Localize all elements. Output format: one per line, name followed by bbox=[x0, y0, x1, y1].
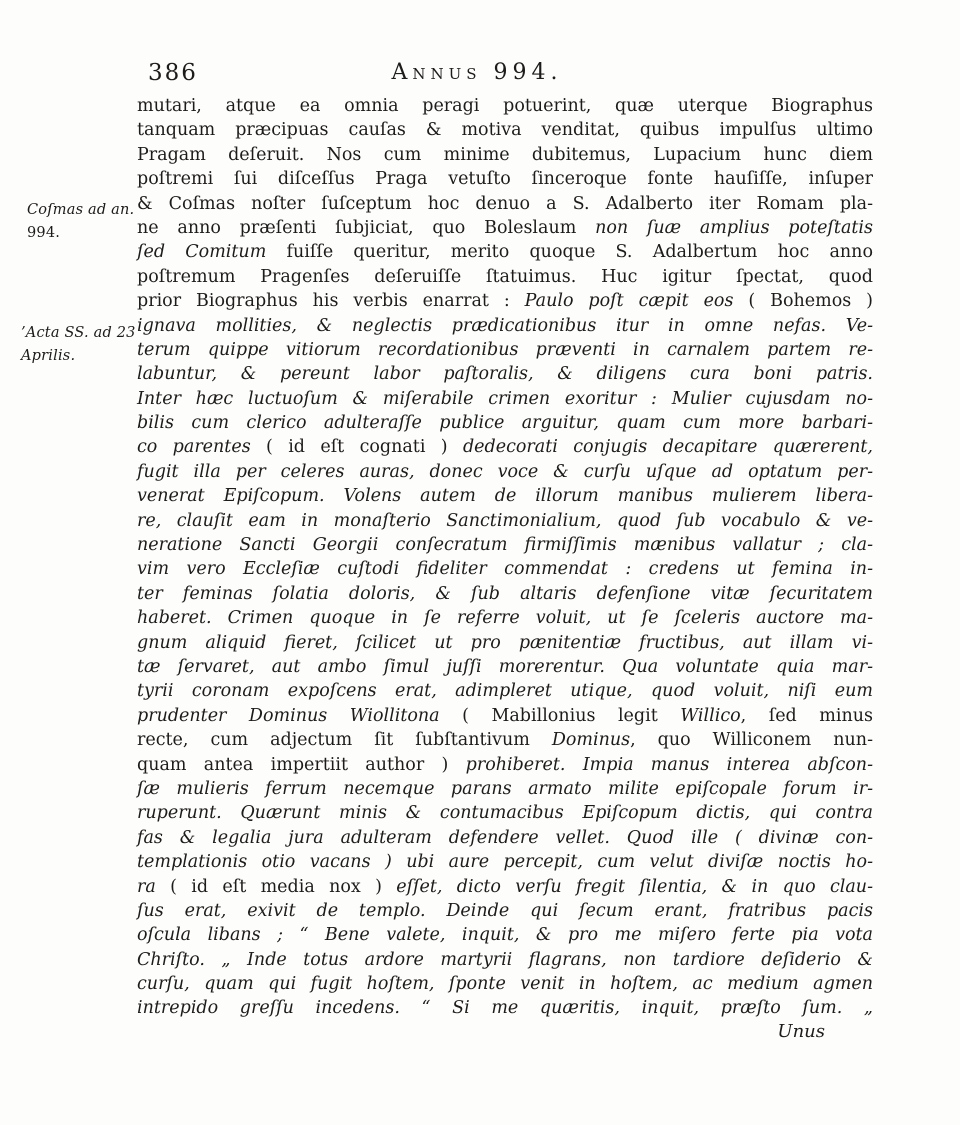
text-segment: fuiſſe queritur, merito quoque S. Adalbe… bbox=[287, 242, 873, 262]
text-line: re, clauſit eam in monaſterio Sanctimoni… bbox=[137, 509, 873, 533]
text-segment: ſæ mulieris ferrum necemque parans armat… bbox=[137, 779, 873, 799]
text-line: ter feminas ſolatia doloris, & ſub altar… bbox=[137, 582, 873, 606]
text-line: ne anno præſenti ſubjiciat, quo Boleslau… bbox=[137, 216, 873, 240]
text-line: venerat Epiſcopum. Volens autem de illor… bbox=[137, 484, 873, 508]
margin-note-line: ’Acta SS. ad 23 bbox=[21, 322, 139, 345]
text-line: co parentes ( id eſt cognati ) dedecorat… bbox=[137, 435, 873, 459]
text-line: curſu, quam qui fugit hoſtem, ſponte ven… bbox=[137, 972, 873, 996]
text-segment: Chriſto. „ Inde totus ardore martyrii fl… bbox=[137, 950, 873, 970]
text-segment: eſſet, dicto verſu fregit ſilentia, & in… bbox=[396, 877, 873, 897]
text-segment: Paulo poſt cæpit eos bbox=[525, 291, 749, 311]
text-segment: fas & legalia jura adulteram defendere v… bbox=[137, 828, 873, 848]
text-line: haberet. Crimen quoque in ſe referre vol… bbox=[137, 606, 873, 630]
text-segment: prohiberet. Impia manus interea abſcon- bbox=[466, 755, 873, 775]
text-segment: neratione Sancti Georgii conſecratum fir… bbox=[137, 535, 873, 555]
text-line: tanquam præcipuas cauſas & motiva vendit… bbox=[137, 118, 873, 142]
text-line: Pragam deſeruit. Nos cum minime dubitemu… bbox=[137, 143, 873, 167]
running-header: Annus 994. bbox=[137, 60, 817, 85]
text-segment: quam antea impertiit author ) bbox=[137, 755, 466, 775]
margin-note-line: Aprilis. bbox=[21, 345, 139, 368]
text-segment: ( Mabillonius legit bbox=[462, 706, 680, 726]
text-line: tæ ſervaret, aut ambo ſimul juſſi morere… bbox=[137, 655, 873, 679]
text-segment: ( id eſt cognati ) bbox=[266, 437, 463, 457]
margin-note-acta: ’Acta SS. ad 23 Aprilis. bbox=[21, 322, 139, 368]
text-segment: poſtremi ſui diſceſſus Praga vetuſto ſin… bbox=[137, 169, 873, 189]
text-segment: oſcula libans ; “ Bene valete, inquit, &… bbox=[137, 925, 873, 945]
text-segment: ter feminas ſolatia doloris, & ſub altar… bbox=[137, 584, 873, 604]
text-segment: prior Biographus his verbis enarrat : bbox=[137, 291, 525, 311]
text-segment: tæ ſervaret, aut ambo ſimul juſſi morere… bbox=[137, 657, 873, 677]
text-segment: ne anno præſenti ſubjiciat, quo Boleslau… bbox=[137, 218, 595, 238]
text-segment: prudenter Dominus Wiollitona bbox=[137, 706, 462, 726]
text-segment: co parentes bbox=[137, 437, 266, 457]
text-segment: tyrii coronam expoſcens erat, adimpleret… bbox=[137, 681, 873, 701]
text-segment: mutari, atque ea omnia peragi potuerint,… bbox=[137, 96, 873, 116]
text-segment: poſtremum Pragenſes deſeruiſſe ſtatuimus… bbox=[137, 267, 873, 287]
text-line: poſtremi ſui diſceſſus Praga vetuſto ſin… bbox=[137, 167, 873, 191]
text-segment: re, clauſit eam in monaſterio Sanctimoni… bbox=[137, 511, 873, 531]
text-line: oſcula libans ; “ Bene valete, inquit, &… bbox=[137, 923, 873, 947]
text-segment: Inter hæc luctuoſum & miſerabile crimen … bbox=[137, 389, 873, 409]
text-line: templationis otio vacans ) ubi aure perc… bbox=[137, 850, 873, 874]
text-segment: ignava mollities, & neglectis prædicatio… bbox=[137, 316, 873, 336]
text-segment: labuntur, & pereunt labor paſtoralis, & … bbox=[137, 364, 873, 384]
book-page: 386 Annus 994. Coſmas ad an. 994. ’Acta … bbox=[0, 0, 960, 1125]
text-line: fugit illa per celeres auras, donec voce… bbox=[137, 460, 873, 484]
text-line: fas & legalia jura adulteram defendere v… bbox=[137, 826, 873, 850]
text-line: gnum aliquid fieret, ſcilicet ut pro pæn… bbox=[137, 631, 873, 655]
text-segment: & Coſmas noſter ſuſceptum hoc denuo a S.… bbox=[137, 194, 873, 214]
text-segment: ruperunt. Quærunt minis & contumacibus E… bbox=[137, 803, 873, 823]
text-segment: gnum aliquid fieret, ſcilicet ut pro pæn… bbox=[137, 633, 873, 653]
text-segment: venerat Epiſcopum. Volens autem de illor… bbox=[137, 486, 873, 506]
text-segment: , quo Williconem nun- bbox=[630, 730, 873, 750]
text-line: prudenter Dominus Wiollitona ( Mabilloni… bbox=[137, 704, 873, 728]
text-segment: fugit illa per celeres auras, donec voce… bbox=[137, 462, 873, 482]
text-line: Inter hæc luctuoſum & miſerabile crimen … bbox=[137, 387, 873, 411]
text-segment: Willico bbox=[680, 706, 740, 726]
text-segment: curſu, quam qui fugit hoſtem, ſponte ven… bbox=[137, 974, 873, 994]
text-segment: recte, cum adjectum ſit ſubſtantivum bbox=[137, 730, 552, 750]
text-segment: haberet. Crimen quoque in ſe referre vol… bbox=[137, 608, 873, 628]
text-segment: bilis cum clerico adulteraſſe publice ar… bbox=[137, 413, 873, 433]
text-line: intrepido greſſu incedens. “ Si me quæri… bbox=[137, 996, 873, 1020]
text-line: recte, cum adjectum ſit ſubſtantivum Dom… bbox=[137, 728, 873, 752]
text-segment: tanquam præcipuas cauſas & motiva vendit… bbox=[137, 120, 873, 140]
text-segment: Pragam deſeruit. Nos cum minime dubitemu… bbox=[137, 145, 873, 165]
text-segment: ra bbox=[137, 877, 170, 897]
text-line: ruperunt. Quærunt minis & contumacibus E… bbox=[137, 801, 873, 825]
body-text: mutari, atque ea omnia peragi potuerint,… bbox=[137, 94, 873, 1021]
text-line: bilis cum clerico adulteraſſe publice ar… bbox=[137, 411, 873, 435]
text-line: prior Biographus his verbis enarrat : Pa… bbox=[137, 289, 873, 313]
text-line: ſæ mulieris ferrum necemque parans armat… bbox=[137, 777, 873, 801]
text-line: & Coſmas noſter ſuſceptum hoc denuo a S.… bbox=[137, 192, 873, 216]
text-segment: dedecorati conjugis decapitare quærerent… bbox=[463, 437, 873, 457]
text-line: ſed Comitum fuiſſe queritur, merito quoq… bbox=[137, 240, 873, 264]
text-line: Chriſto. „ Inde totus ardore martyrii fl… bbox=[137, 948, 873, 972]
text-line: ſus erat, exivit de templo. Deinde qui ſ… bbox=[137, 899, 873, 923]
text-segment: Dominus bbox=[552, 730, 630, 750]
text-segment: terum quippe vitiorum recordationibus pr… bbox=[137, 340, 873, 360]
text-line: neratione Sancti Georgii conſecratum fir… bbox=[137, 533, 873, 557]
text-line: terum quippe vitiorum recordationibus pr… bbox=[137, 338, 873, 362]
text-segment: , ſed minus bbox=[741, 706, 873, 726]
text-segment: templationis otio vacans ) ubi aure perc… bbox=[137, 852, 873, 872]
text-segment: vim vero Eccleſiæ cuſtodi fideliter comm… bbox=[137, 559, 873, 579]
text-segment: ( Bohemos ) bbox=[748, 291, 873, 311]
text-line: quam antea impertiit author ) prohiberet… bbox=[137, 753, 873, 777]
text-line: poſtremum Pragenſes deſeruiſſe ſtatuimus… bbox=[137, 265, 873, 289]
catchword-label: Unus bbox=[777, 1021, 825, 1042]
text-line: ignava mollities, & neglectis prædicatio… bbox=[137, 314, 873, 338]
text-segment: ſed Comitum bbox=[137, 242, 287, 262]
catchword: Unus bbox=[137, 1021, 873, 1042]
text-line: mutari, atque ea omnia peragi potuerint,… bbox=[137, 94, 873, 118]
text-line: tyrii coronam expoſcens erat, adimpleret… bbox=[137, 679, 873, 703]
text-line: ra ( id eſt media nox ) eſſet, dicto ver… bbox=[137, 875, 873, 899]
text-line: vim vero Eccleſiæ cuſtodi fideliter comm… bbox=[137, 557, 873, 581]
margin-note-line: 994. bbox=[27, 222, 145, 245]
text-line: labuntur, & pereunt labor paſtoralis, & … bbox=[137, 362, 873, 386]
text-segment: non ſuæ amplius poteſtatis bbox=[595, 218, 873, 238]
text-segment: ( id eſt media nox ) bbox=[170, 877, 396, 897]
margin-note-cosmas: Coſmas ad an. 994. bbox=[27, 199, 145, 245]
text-segment: intrepido greſſu incedens. “ Si me quæri… bbox=[137, 998, 873, 1018]
margin-note-line: Coſmas ad an. bbox=[27, 199, 145, 222]
text-segment: ſus erat, exivit de templo. Deinde qui ſ… bbox=[137, 901, 873, 921]
